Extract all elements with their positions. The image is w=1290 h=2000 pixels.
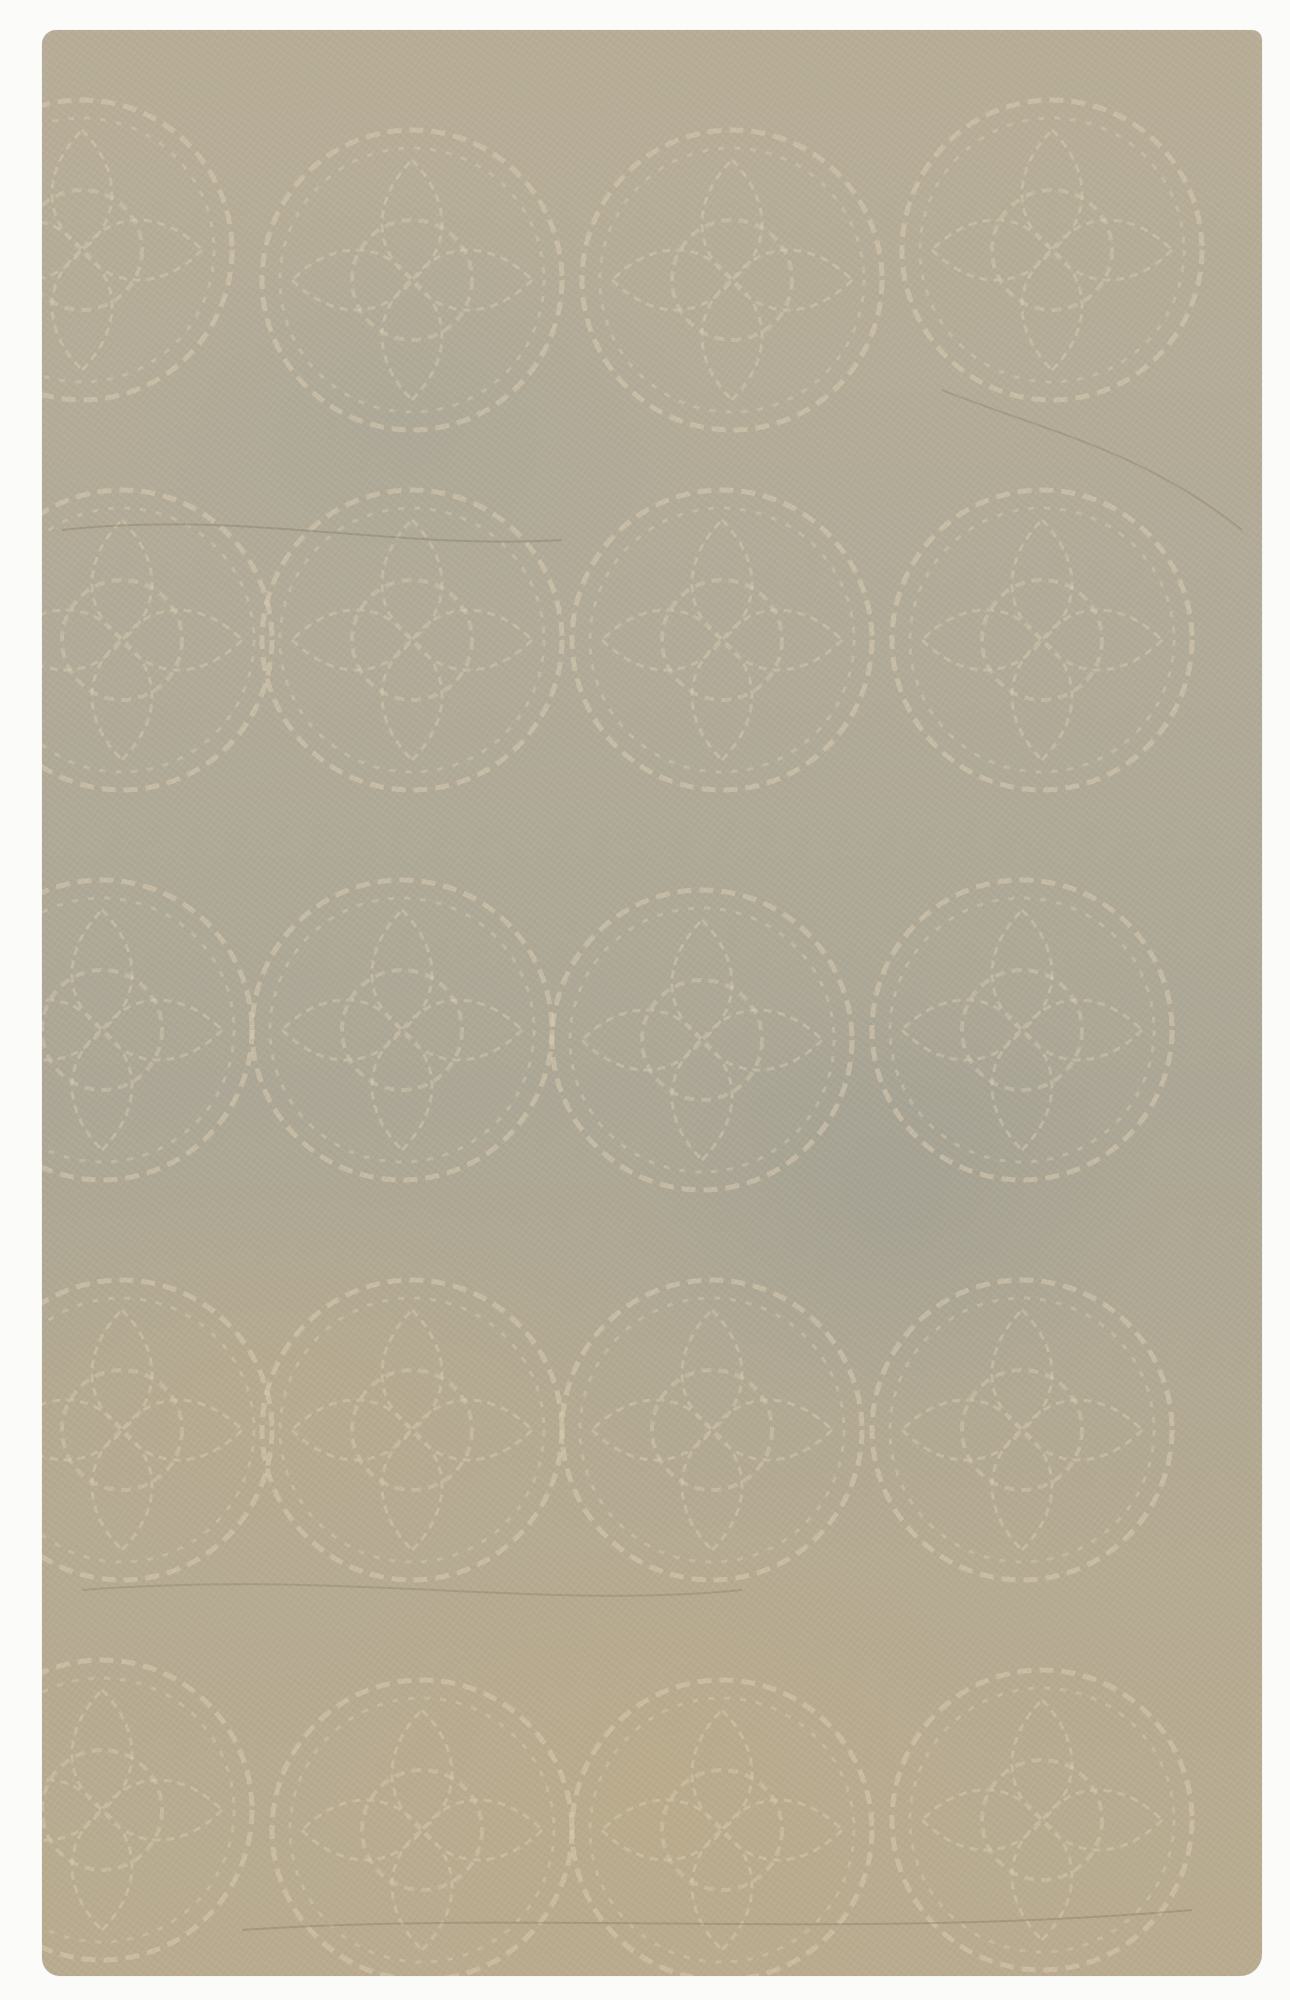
pile-texture xyxy=(42,30,1262,1976)
rug xyxy=(42,30,1262,1976)
